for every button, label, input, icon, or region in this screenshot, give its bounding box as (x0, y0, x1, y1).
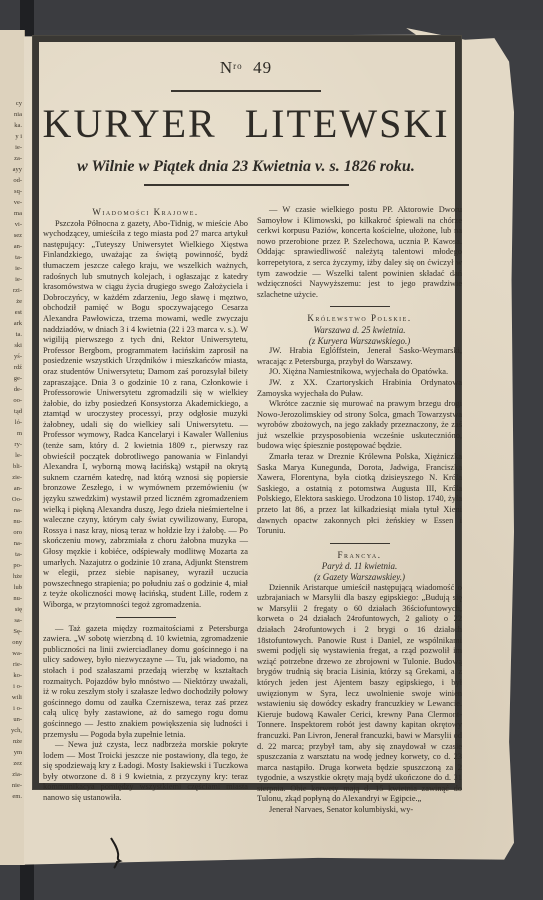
right-column: — W czasie wielkiego postu PP. Aktorowie… (257, 205, 462, 816)
section-heading-france: Francya. (257, 550, 462, 561)
previous-page-text-fragment: ym (14, 749, 22, 756)
previous-page-text-fragment: cy (16, 100, 22, 107)
issue-label: N (220, 58, 233, 77)
previous-page-text-fragment: nu- (13, 518, 22, 525)
article-separator (330, 306, 390, 307)
previous-page-text-fragment: nie- (12, 782, 22, 789)
previous-page-text-fragment: rie- (13, 661, 22, 668)
masthead-rule-bottom (144, 184, 349, 186)
previous-page-edge: cyniaka.y iie-za-ayyod-sq-ve-mavi-sezan-… (0, 30, 25, 865)
previous-page-text-fragment: ony (12, 639, 22, 646)
previous-page-text-fragment: an- (14, 485, 22, 492)
previous-page-text-fragment: sez (14, 232, 22, 239)
dateline: w Wilnie w Piątek dnia 23 Kwietnia v. s.… (40, 158, 452, 176)
previous-page-text-fragment: hże (13, 573, 22, 580)
article-paragraph: Jenerał Narvaes, Senator kolumbiyski, wy… (257, 805, 462, 816)
previous-page-text-fragment: rzi- (13, 287, 22, 294)
issue-sup: ro (233, 61, 243, 71)
previous-page-text-fragment: ski (14, 342, 22, 349)
previous-page-text-fragment: wa- (12, 650, 22, 657)
previous-page-text-fragment: sa- (14, 617, 22, 624)
previous-page-text-fragment: zez (13, 760, 22, 767)
previous-page-text-fragment: zie- (12, 474, 22, 481)
previous-page-text-fragment: na- (14, 507, 22, 514)
previous-page-text-fragment: oo- (13, 397, 22, 404)
previous-page-text-fragment: Sę- (13, 628, 22, 635)
previous-page-text-fragment: się (15, 606, 22, 613)
section-place-date: Warszawa d. 25 kwietnia. (257, 325, 462, 336)
article-paragraph: — Taż gazeta między rozmaitościami z Pet… (43, 624, 248, 741)
previous-page-text-fragment: nże (13, 738, 22, 745)
previous-page-text-fragment: ta- (15, 551, 22, 558)
previous-page-text-fragment: de- (14, 386, 22, 393)
previous-page-text-fragment: ma (14, 210, 22, 217)
previous-page-text-fragment: an- (14, 243, 22, 250)
previous-page-text-fragment: że (16, 298, 22, 305)
previous-page-text-fragment: y i (15, 133, 22, 140)
previous-page-text-fragment: nia (14, 111, 22, 118)
article-paragraph: Pszczoła Północna z gazety, Abo-Tidnig, … (43, 219, 248, 611)
previous-page-text-fragment: lub (14, 584, 22, 591)
section-heading-domestic-news: Wiadomości Krajowe. (43, 207, 248, 218)
masthead: Nro 49 KURYERLITEWSKI w Wilnie w Piątek … (40, 40, 452, 186)
previous-page-text-fragment: oro (13, 529, 22, 536)
previous-page-text-fragment: rdź (14, 364, 22, 371)
previous-page-text-fragment: ark (14, 320, 22, 327)
section-place-date: Paryż d. 11 kwietnia. (257, 561, 462, 572)
previous-page-text-fragment: sq- (14, 188, 22, 195)
previous-page-text-fragment: ie- (15, 276, 22, 283)
previous-page-text-fragment: i o- (13, 705, 22, 712)
previous-page-text-fragment: wili (12, 694, 22, 701)
previous-page-text-fragment: un- (13, 716, 22, 723)
previous-page-text-fragment: ge- (14, 375, 22, 382)
section-heading-kingdom-of-poland: Królewstwo Polskie. (257, 313, 462, 324)
article-paragraph: JW. z XX. Czartoryskich Hrabinia Ordynat… (257, 378, 462, 399)
previous-page-text-fragment: od- (13, 177, 22, 184)
previous-page-text-fragment: na- (14, 540, 22, 547)
previous-page-text-fragment: ta- (15, 254, 22, 261)
previous-page-text-fragment: ka. (14, 122, 22, 129)
previous-page-text-fragment: za- (14, 155, 22, 162)
previous-page-text-fragment: ry- (14, 441, 22, 448)
previous-page-text-fragment: po- (13, 562, 22, 569)
previous-page-text-fragment: ie- (15, 144, 22, 151)
previous-page-text-fragment: i o- (13, 683, 22, 690)
previous-page-text-fragment: est (15, 309, 22, 316)
previous-page-text-fragment: yś- (14, 353, 22, 360)
previous-page-text-fragment: m (17, 430, 22, 437)
scan-background-top (0, 0, 543, 30)
left-column: Wiadomości Krajowe. Pszczoła Północna z … (43, 205, 248, 804)
newspaper-title: KURYERLITEWSKI (40, 102, 452, 146)
masthead-rule-top (171, 90, 321, 92)
previous-page-text-fragment: Oo- (12, 496, 22, 503)
article-paragraph: Zmarła teraz w Dreznie Królewna Polska, … (257, 452, 462, 537)
ink-mark-icon (110, 837, 124, 869)
previous-page-text-fragment: ta. (16, 331, 22, 338)
issue-number-value: 49 (253, 58, 272, 77)
previous-page-text-fragment: ko- (13, 672, 22, 679)
previous-page-text-fragment: nu- (13, 595, 22, 602)
article-separator (116, 617, 176, 618)
section-source: (z Gazety Warszawskiey.) (257, 572, 462, 583)
previous-page-text-fragment: ve- (14, 199, 22, 206)
title-word-kuryer: KURYER (42, 101, 216, 146)
previous-page-text-fragment: zia- (12, 771, 22, 778)
article-paragraph: — Newa już czysta, lecz nadbrzeża morski… (43, 740, 248, 804)
previous-page-text-fragment: bli- (13, 463, 22, 470)
article-paragraph: Dziennik Aristarque umieścił następującą… (257, 583, 462, 805)
previous-page-text-fragment: ych, (11, 727, 22, 734)
article-paragraph: JW. Hrabia Eglóffstein, Jenerał Sasko-We… (257, 346, 462, 367)
previous-page-text-fragment: tąd (14, 408, 22, 415)
section-source: (z Kuryera Warszawskiego.) (257, 336, 462, 347)
previous-page-text-fragment: vi- (15, 221, 22, 228)
article-paragraph: Wkrótce zacznie się murować na prawym br… (257, 399, 462, 452)
previous-page-text-fragment: le- (15, 452, 22, 459)
article-paragraph: — W czasie wielkiego postu PP. Aktorowie… (257, 205, 462, 300)
article-separator (330, 543, 390, 544)
previous-page-text-fragment: em. (12, 793, 22, 800)
previous-page-text-fragment: ló- (15, 419, 22, 426)
previous-page-text-fragment: ie- (15, 265, 22, 272)
previous-page-text-fragment: ayy (13, 166, 22, 173)
article-paragraph: JO. Xiężna Namiestnikowa, wyjechała do O… (257, 367, 462, 378)
issue-number: Nro 49 (40, 58, 452, 78)
title-word-litewski: LITEWSKI (245, 101, 450, 146)
